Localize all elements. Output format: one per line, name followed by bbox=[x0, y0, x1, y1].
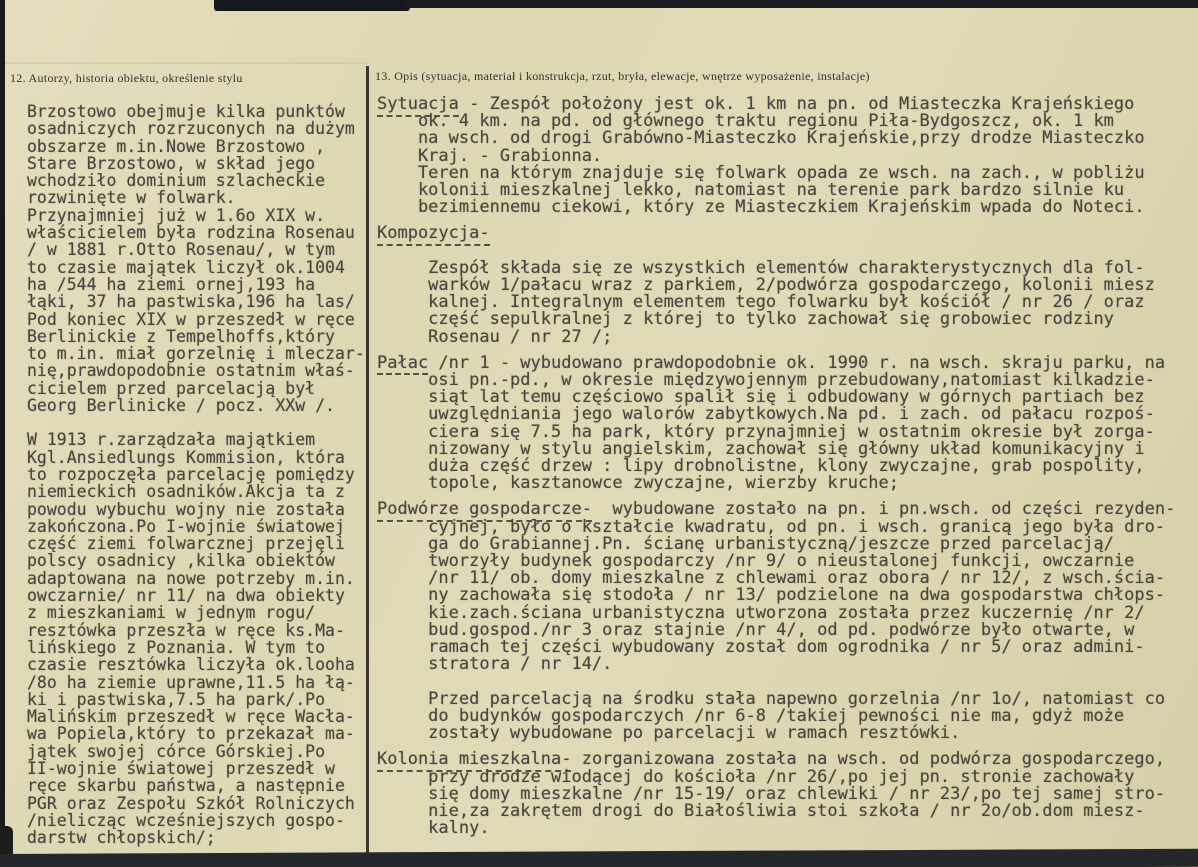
field-12-label: 12. Autorzy, historia obiektu, określeni… bbox=[10, 71, 243, 86]
section-sytuacja: Sytuacja - Zespół położony jest ok. 1 km… bbox=[377, 96, 1195, 216]
scan-edge-bottom bbox=[0, 849, 1198, 867]
kompozycja-body: Zespół składa się ze wszystkich elementó… bbox=[377, 258, 1155, 347]
description-column: Sytuacja - Zespół położony jest ok. 1 km… bbox=[377, 96, 1195, 846]
history-column: Brzostowo obejmuje kilka punktów osadnic… bbox=[27, 103, 372, 846]
scan-edge-left bbox=[0, 0, 5, 867]
history-paragraph-1: Brzostowo obejmuje kilka punktów osadnic… bbox=[27, 103, 372, 414]
kompozycja-heading: Kompozycja- bbox=[377, 223, 490, 246]
section-kolonia-mieszkalna: Kolonia mieszkalna- zorganizowana został… bbox=[377, 751, 1195, 837]
paper-crease bbox=[0, 62, 368, 64]
podworze-body: wybudowane zostało na pn. i pn.wsch. od … bbox=[377, 499, 1175, 743]
scanned-document-page: 12. Autorzy, historia obiektu, określeni… bbox=[0, 0, 1198, 867]
scan-edge-top-left-segment bbox=[214, 0, 410, 11]
scan-edge-top-right-segment bbox=[404, 0, 1198, 8]
palac-body: /nr 1 - wybudowano prawdopodobnie ok. 19… bbox=[377, 353, 1165, 493]
section-podworze-gospodarcze: Podwórze gospodarcze- wybudowane zostało… bbox=[377, 501, 1195, 742]
section-palac: Pałac /nr 1 - wybudowano prawdopodobnie … bbox=[377, 355, 1195, 493]
section-kompozycja: Kompozycja- Zespół składa się ze wszystk… bbox=[377, 225, 1195, 345]
field-13-label: 13. Opis (sytuacja, materiał i konstrukc… bbox=[375, 69, 870, 84]
history-paragraph-2: W 1913 r.zarządzała majątkiem Kgl.Ansied… bbox=[27, 431, 372, 846]
sytuacja-body: - Zespół położony jest ok. 1 km na pn. o… bbox=[377, 94, 1145, 217]
